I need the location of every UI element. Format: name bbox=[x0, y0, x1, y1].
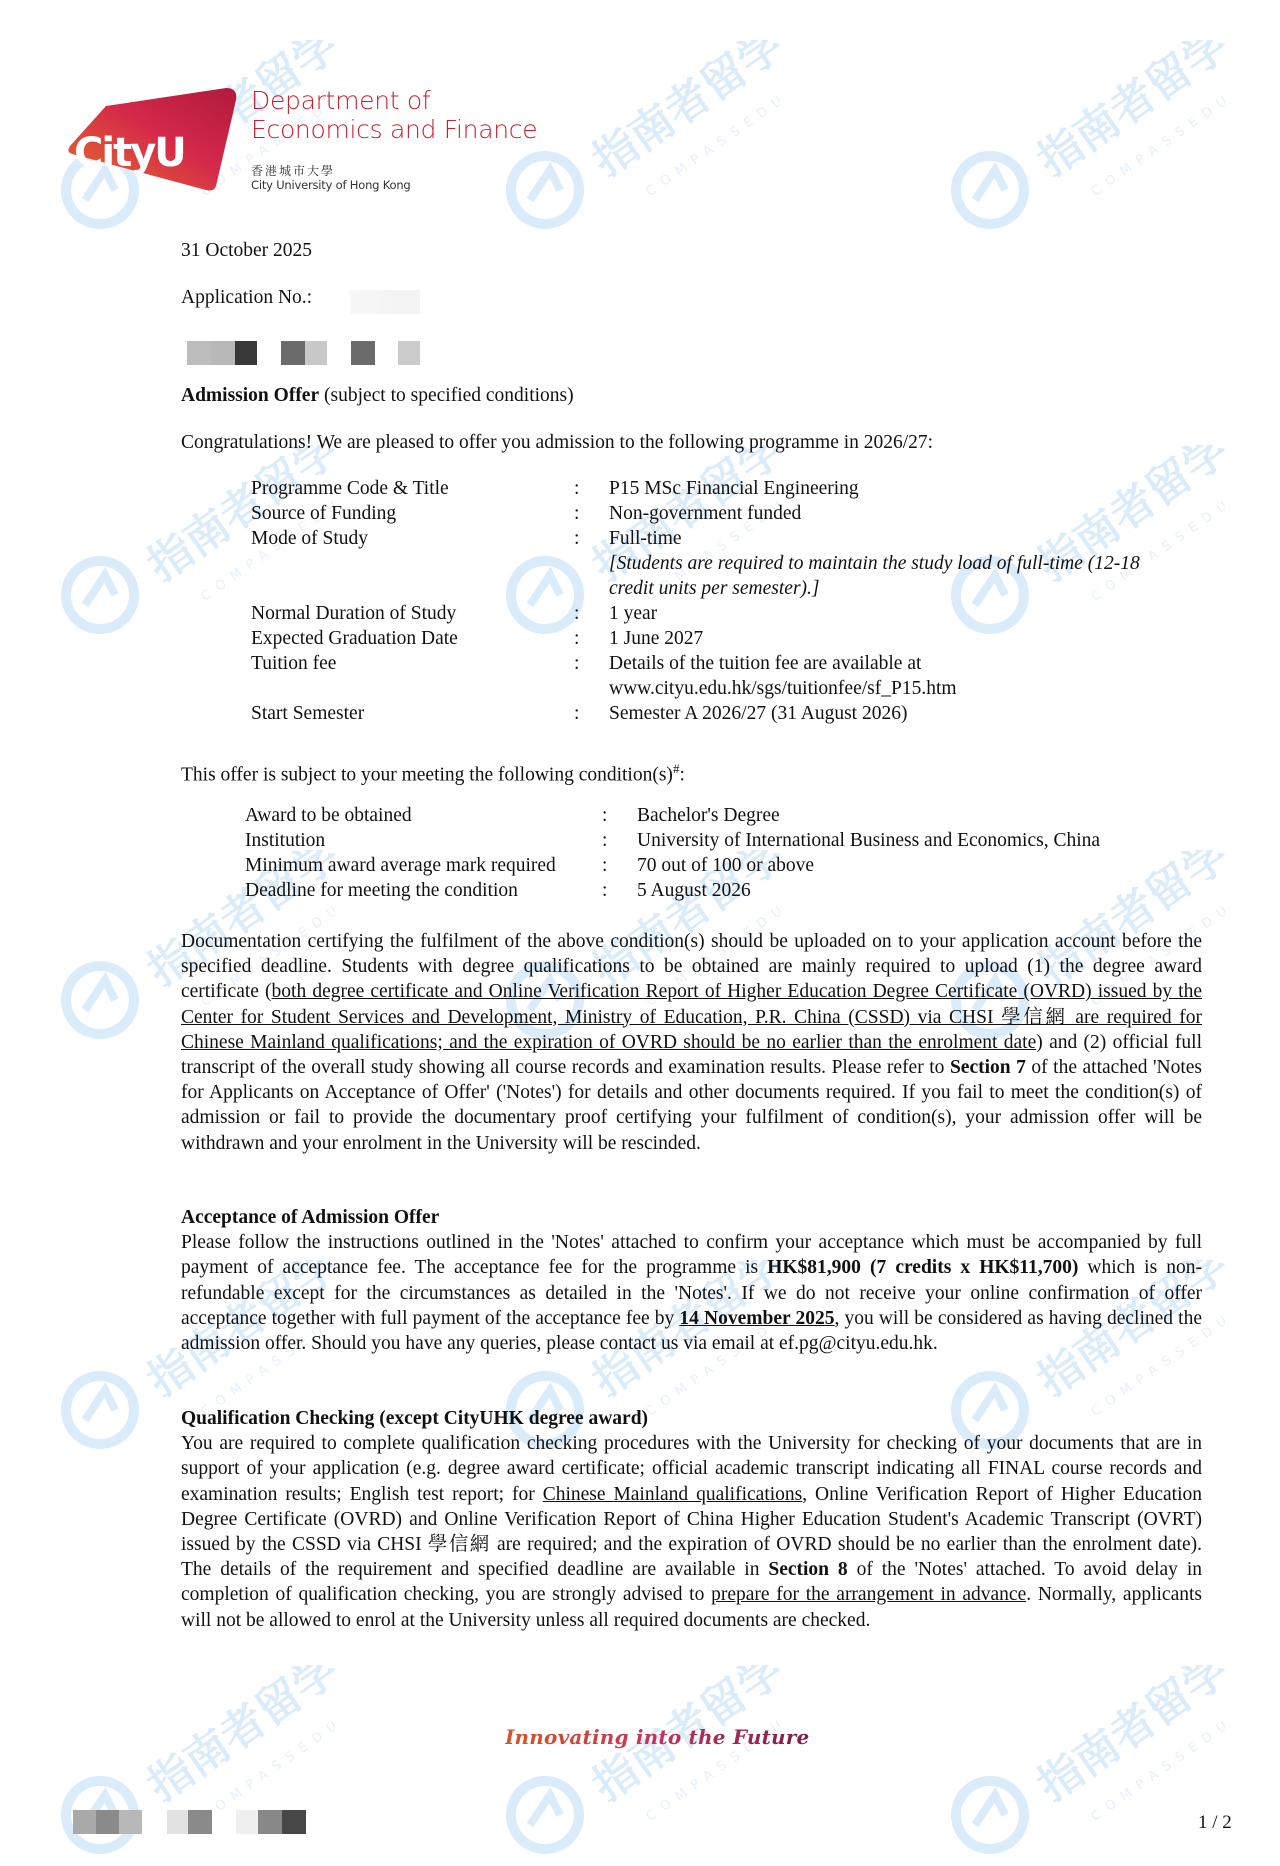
svg-text:COMPASSEDU: COMPASSEDU bbox=[1089, 89, 1225, 199]
chinese-mainland-qualifications-link[interactable]: Chinese Mainland qualifications bbox=[543, 1484, 803, 1505]
watermark: 指南者留学COMPASSEDU bbox=[500, 40, 780, 230]
study-load-note-line1: [Students are required to maintain the s… bbox=[609, 551, 1140, 576]
study-load-note-line2: credit units per semester).] bbox=[609, 576, 820, 601]
university-name-en: City University of Hong Kong bbox=[251, 178, 411, 192]
svg-text:指南者留学: 指南者留学 bbox=[1028, 1665, 1225, 1812]
application-no-label: Application No.: bbox=[181, 285, 312, 310]
svg-text:指南者留学: 指南者留学 bbox=[138, 1665, 335, 1812]
qualification-section: Qualification Checking (except CityUHK d… bbox=[181, 1406, 1202, 1633]
svg-text:CityU: CityU bbox=[74, 130, 185, 176]
department-name-line2: Economics and Finance bbox=[251, 115, 537, 144]
university-name-cn: 香港城市大學 bbox=[251, 162, 335, 179]
svg-text:COMPASSEDU: COMPASSEDU bbox=[199, 1714, 335, 1824]
footer-slogan: Innovating into the Future bbox=[505, 1725, 809, 1749]
svg-text:指南者留学: 指南者留学 bbox=[1028, 40, 1225, 187]
svg-text:COMPASSEDU: COMPASSEDU bbox=[1089, 494, 1225, 604]
tuition-fee-url: www.cityu.edu.hk/sgs/tuitionfee/sf_P15.h… bbox=[609, 676, 957, 701]
conditions-intro: This offer is subject to your meeting th… bbox=[181, 756, 685, 788]
watermark: 指南者留学COMPASSEDU bbox=[945, 1665, 1225, 1855]
page-number: 1 / 2 bbox=[1198, 1812, 1232, 1834]
prepare-arrangement-link[interactable]: prepare for the arrangement in advance bbox=[711, 1584, 1026, 1605]
acceptance-section: Acceptance of Admission OfferPlease foll… bbox=[181, 1205, 1202, 1356]
watermark: 指南者留学COMPASSEDU bbox=[945, 445, 1225, 635]
svg-text:指南者留学: 指南者留学 bbox=[583, 40, 780, 187]
application-no-redacted bbox=[350, 290, 420, 314]
svg-text:COMPASSEDU: COMPASSEDU bbox=[644, 89, 780, 199]
acceptance-heading: Acceptance of Admission Offer bbox=[181, 1205, 1202, 1230]
department-name-line1: Department of bbox=[251, 86, 430, 115]
letter-date: 31 October 2025 bbox=[181, 238, 312, 263]
offer-heading: Admission Offer (subject to specified co… bbox=[181, 383, 574, 408]
congratulations-text: Congratulations! We are pleased to offer… bbox=[181, 430, 933, 455]
cityu-logo: CityU bbox=[66, 86, 240, 192]
svg-text:COMPASSEDU: COMPASSEDU bbox=[1089, 1714, 1225, 1824]
watermark: 指南者留学COMPASSEDU bbox=[945, 40, 1225, 230]
qualification-heading: Qualification Checking (except CityUHK d… bbox=[181, 1406, 1202, 1431]
documentation-paragraph: Documentation certifying the fulfilment … bbox=[181, 929, 1202, 1156]
watermark: 指南者留学COMPASSEDU bbox=[500, 1665, 780, 1855]
